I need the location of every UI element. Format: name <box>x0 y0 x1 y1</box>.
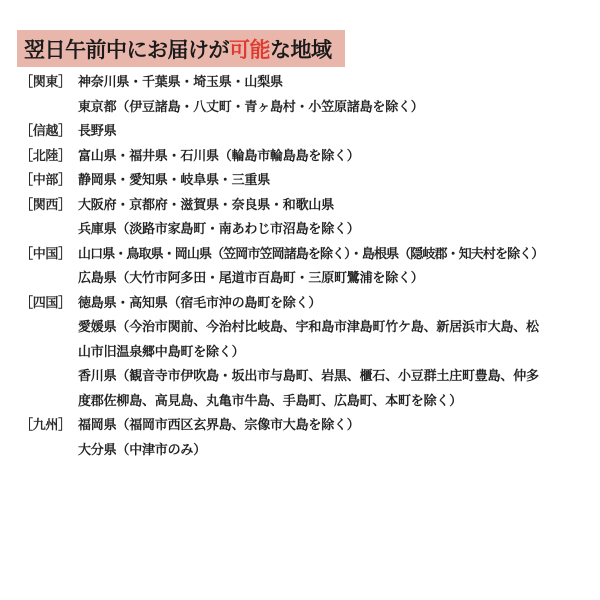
region-shikoku: ［四国］ 徳島県・高知県（宿毛市沖の島町を除く） 愛媛県（今治市関前、今治村比岐… <box>20 292 590 415</box>
region-list: ［関東］ 神奈川県・千葉県・埼玉県・山梨県 東京都（伊豆諸島・八丈町・青ヶ島村・… <box>20 71 590 463</box>
region-label: ［関東］ <box>20 71 78 96</box>
region-label: ［九州］ <box>20 414 78 439</box>
region-line: 広島県（大竹市阿多田・尾道市百島町・三原町鷺浦を除く） <box>78 267 590 292</box>
region-label: ［関西］ <box>20 194 78 219</box>
title-suffix: な地域 <box>270 34 332 64</box>
region-line: 東京都（伊豆諸島・八丈町・青ヶ島村・小笠原諸島を除く） <box>78 96 590 121</box>
region-line: 愛媛県（今治市関前、今治村比岐島、宇和島市津島町竹ケ島、新居浜市大島、松 <box>78 316 590 341</box>
region-line: 兵庫県（淡路市家島町・南あわじ市沼島を除く） <box>78 218 590 243</box>
region-label: ［中部］ <box>20 169 78 194</box>
title-prefix: 翌日午前中にお届けが <box>24 34 229 64</box>
region-label: ［中国］ <box>20 243 78 268</box>
region-line: 香川県（観音寺市伊吹島・坂出市与島町、岩黒、櫃石、小豆群土庄町豊島、仲多 <box>78 365 590 390</box>
region-shinetsu: ［信越］ 長野県 <box>20 120 590 145</box>
region-line: 長野県 <box>78 120 590 145</box>
region-line: 福岡県（福岡市西区玄界島、宗像市大島を除く） <box>78 414 590 439</box>
region-kyushu: ［九州］ 福岡県（福岡市西区玄界島、宗像市大島を除く） 大分県（中津市のみ） <box>20 414 590 463</box>
region-line: 神奈川県・千葉県・埼玉県・山梨県 <box>78 71 590 96</box>
region-hokuriku: ［北陸］ 富山県・福井県・石川県（輪島市輪島島を除く） <box>20 145 590 170</box>
region-kanto: ［関東］ 神奈川県・千葉県・埼玉県・山梨県 東京都（伊豆諸島・八丈町・青ヶ島村・… <box>20 71 590 120</box>
region-chubu: ［中部］ 静岡県・愛知県・岐阜県・三重県 <box>20 169 590 194</box>
title-accent: 可能 <box>229 34 270 64</box>
region-label: ［四国］ <box>20 292 78 317</box>
region-label: ［信越］ <box>20 120 78 145</box>
region-line: 富山県・福井県・石川県（輪島市輪島島を除く） <box>78 145 590 170</box>
page-title: 翌日午前中にお届けが可能な地域 <box>17 30 345 67</box>
region-label: ［北陸］ <box>20 145 78 170</box>
region-line: 度郡佐柳島、高見島、丸亀市牛島、手島町、広島町、本町を除く） <box>78 390 590 415</box>
region-line: 大分県（中津市のみ） <box>78 439 590 464</box>
region-line: 山口県・鳥取県・岡山県（笠岡市笠岡諸島を除く）・島根県（隠岐郡・知夫村を除く） <box>78 243 590 268</box>
region-chugoku: ［中国］ 山口県・鳥取県・岡山県（笠岡市笠岡諸島を除く）・島根県（隠岐郡・知夫村… <box>20 243 590 292</box>
region-line: 大阪府・京都府・滋賀県・奈良県・和歌山県 <box>78 194 590 219</box>
region-kansai: ［関西］ 大阪府・京都府・滋賀県・奈良県・和歌山県 兵庫県（淡路市家島町・南あわ… <box>20 194 590 243</box>
region-line: 静岡県・愛知県・岐阜県・三重県 <box>78 169 590 194</box>
region-line: 徳島県・高知県（宿毛市沖の島町を除く） <box>78 292 590 317</box>
region-line: 山市旧温泉郷中島町を除く） <box>78 341 590 366</box>
